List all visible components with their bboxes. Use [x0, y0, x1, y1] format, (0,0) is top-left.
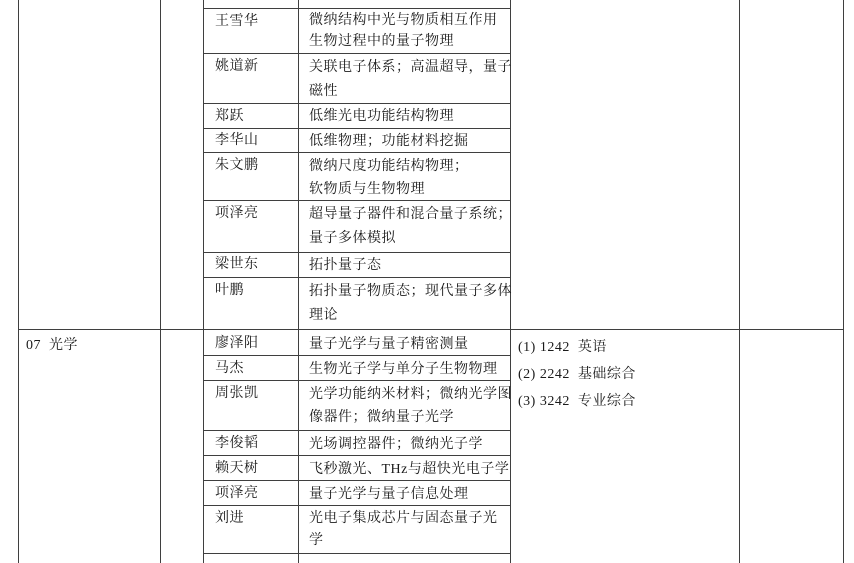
- table-grid-line-h: [203, 480, 511, 481]
- advisor-name-cell: 郑跃: [215, 107, 244, 127]
- table-grid-line-h: [203, 455, 511, 456]
- table-grid-line-v: [843, 0, 844, 563]
- table-grid-line-h: [203, 252, 511, 253]
- research-direction-cell: 量子光学与量子信息处理: [309, 484, 469, 505]
- advisor-name-cell: 朱文鹏: [215, 156, 259, 176]
- table-grid-line-v: [298, 0, 299, 563]
- table-grid-line-h: [203, 380, 511, 381]
- table-grid-line-h: [203, 553, 511, 554]
- research-direction-cell: 关联电子体系；高温超导，量子 磁性: [309, 56, 512, 104]
- advisor-name-cell: 李华山: [215, 131, 259, 151]
- research-direction-cell: 飞秒激光、THz与超快光电子学: [309, 459, 509, 480]
- advisor-name-cell: 姚道新: [215, 57, 259, 77]
- research-direction-cell: 超导量子器件和混合量子系统； 量子多体模拟: [309, 203, 512, 251]
- table-grid-line-h: [203, 355, 511, 356]
- advisor-name-cell: 刘进: [215, 509, 244, 529]
- research-direction-cell: 微纳结构中光与物质相互作用 生物过程中的量子物理: [309, 10, 498, 52]
- research-direction-cell: 光场调控器件；微纳光子学: [309, 434, 483, 455]
- research-direction-cell: 量子光学与量子精密测量: [309, 334, 469, 355]
- research-direction-cell: 拓扑量子物质态；现代量子多体 理论: [309, 280, 512, 328]
- table-grid-line-h: [203, 152, 511, 153]
- advisor-name-cell: 项泽亮: [215, 204, 259, 224]
- program-cell: 07 光学: [26, 336, 78, 356]
- table-grid-line-h: [203, 277, 511, 278]
- research-direction-cell: 低维光电功能结构物理: [309, 106, 454, 127]
- advisor-name-cell: 梁世东: [215, 255, 259, 275]
- table-grid-line-v: [739, 0, 740, 563]
- exam-subjects-cell: (1) 1242 英语 (2) 2242 基础综合 (3) 3242 专业综合: [518, 334, 636, 415]
- advisor-name-cell: 马杰: [215, 359, 244, 379]
- research-direction-cell: 拓扑量子态: [309, 255, 382, 276]
- research-direction-cell: 光电子集成芯片与固态量子光 学: [309, 508, 498, 552]
- advisor-name-cell: 赖天树: [215, 459, 259, 479]
- advisor-name-cell: 王雪华: [215, 12, 259, 32]
- table-grid-line-h: [203, 430, 511, 431]
- table-grid-line-v: [160, 0, 161, 563]
- research-direction-cell: 生物光子学与单分子生物物理: [309, 359, 498, 380]
- admissions-table-page: 王雪华 姚道新 郑跃 李华山 朱文鹏 项泽亮 梁世东 叶鹏 微纳结构中光与物质相…: [0, 0, 854, 563]
- table-grid-line-v: [203, 0, 204, 563]
- table-grid-line-h: [203, 128, 511, 129]
- advisor-name-cell: 项泽亮: [215, 484, 259, 504]
- advisor-name-cell: 叶鹏: [215, 281, 244, 301]
- research-direction-cell: 微纳尺度功能结构物理； 软物质与生物物理: [309, 155, 469, 201]
- research-direction-cell: 低维物理；功能材料挖掘: [309, 131, 469, 152]
- advisor-name-cell: 周张凯: [215, 384, 259, 404]
- table-grid-line-h: [203, 505, 511, 506]
- advisor-name-cell: 李俊韬: [215, 434, 259, 454]
- research-direction-cell: 光学功能纳米材料；微纳光学图 像器件；微纳量子光学: [309, 383, 512, 429]
- advisor-name-cell: 廖泽阳: [215, 334, 259, 354]
- table-grid-line-h: [203, 8, 511, 9]
- table-grid-line-h: [203, 53, 511, 54]
- table-grid-line-v: [18, 0, 19, 563]
- section-divider-line: [18, 329, 844, 330]
